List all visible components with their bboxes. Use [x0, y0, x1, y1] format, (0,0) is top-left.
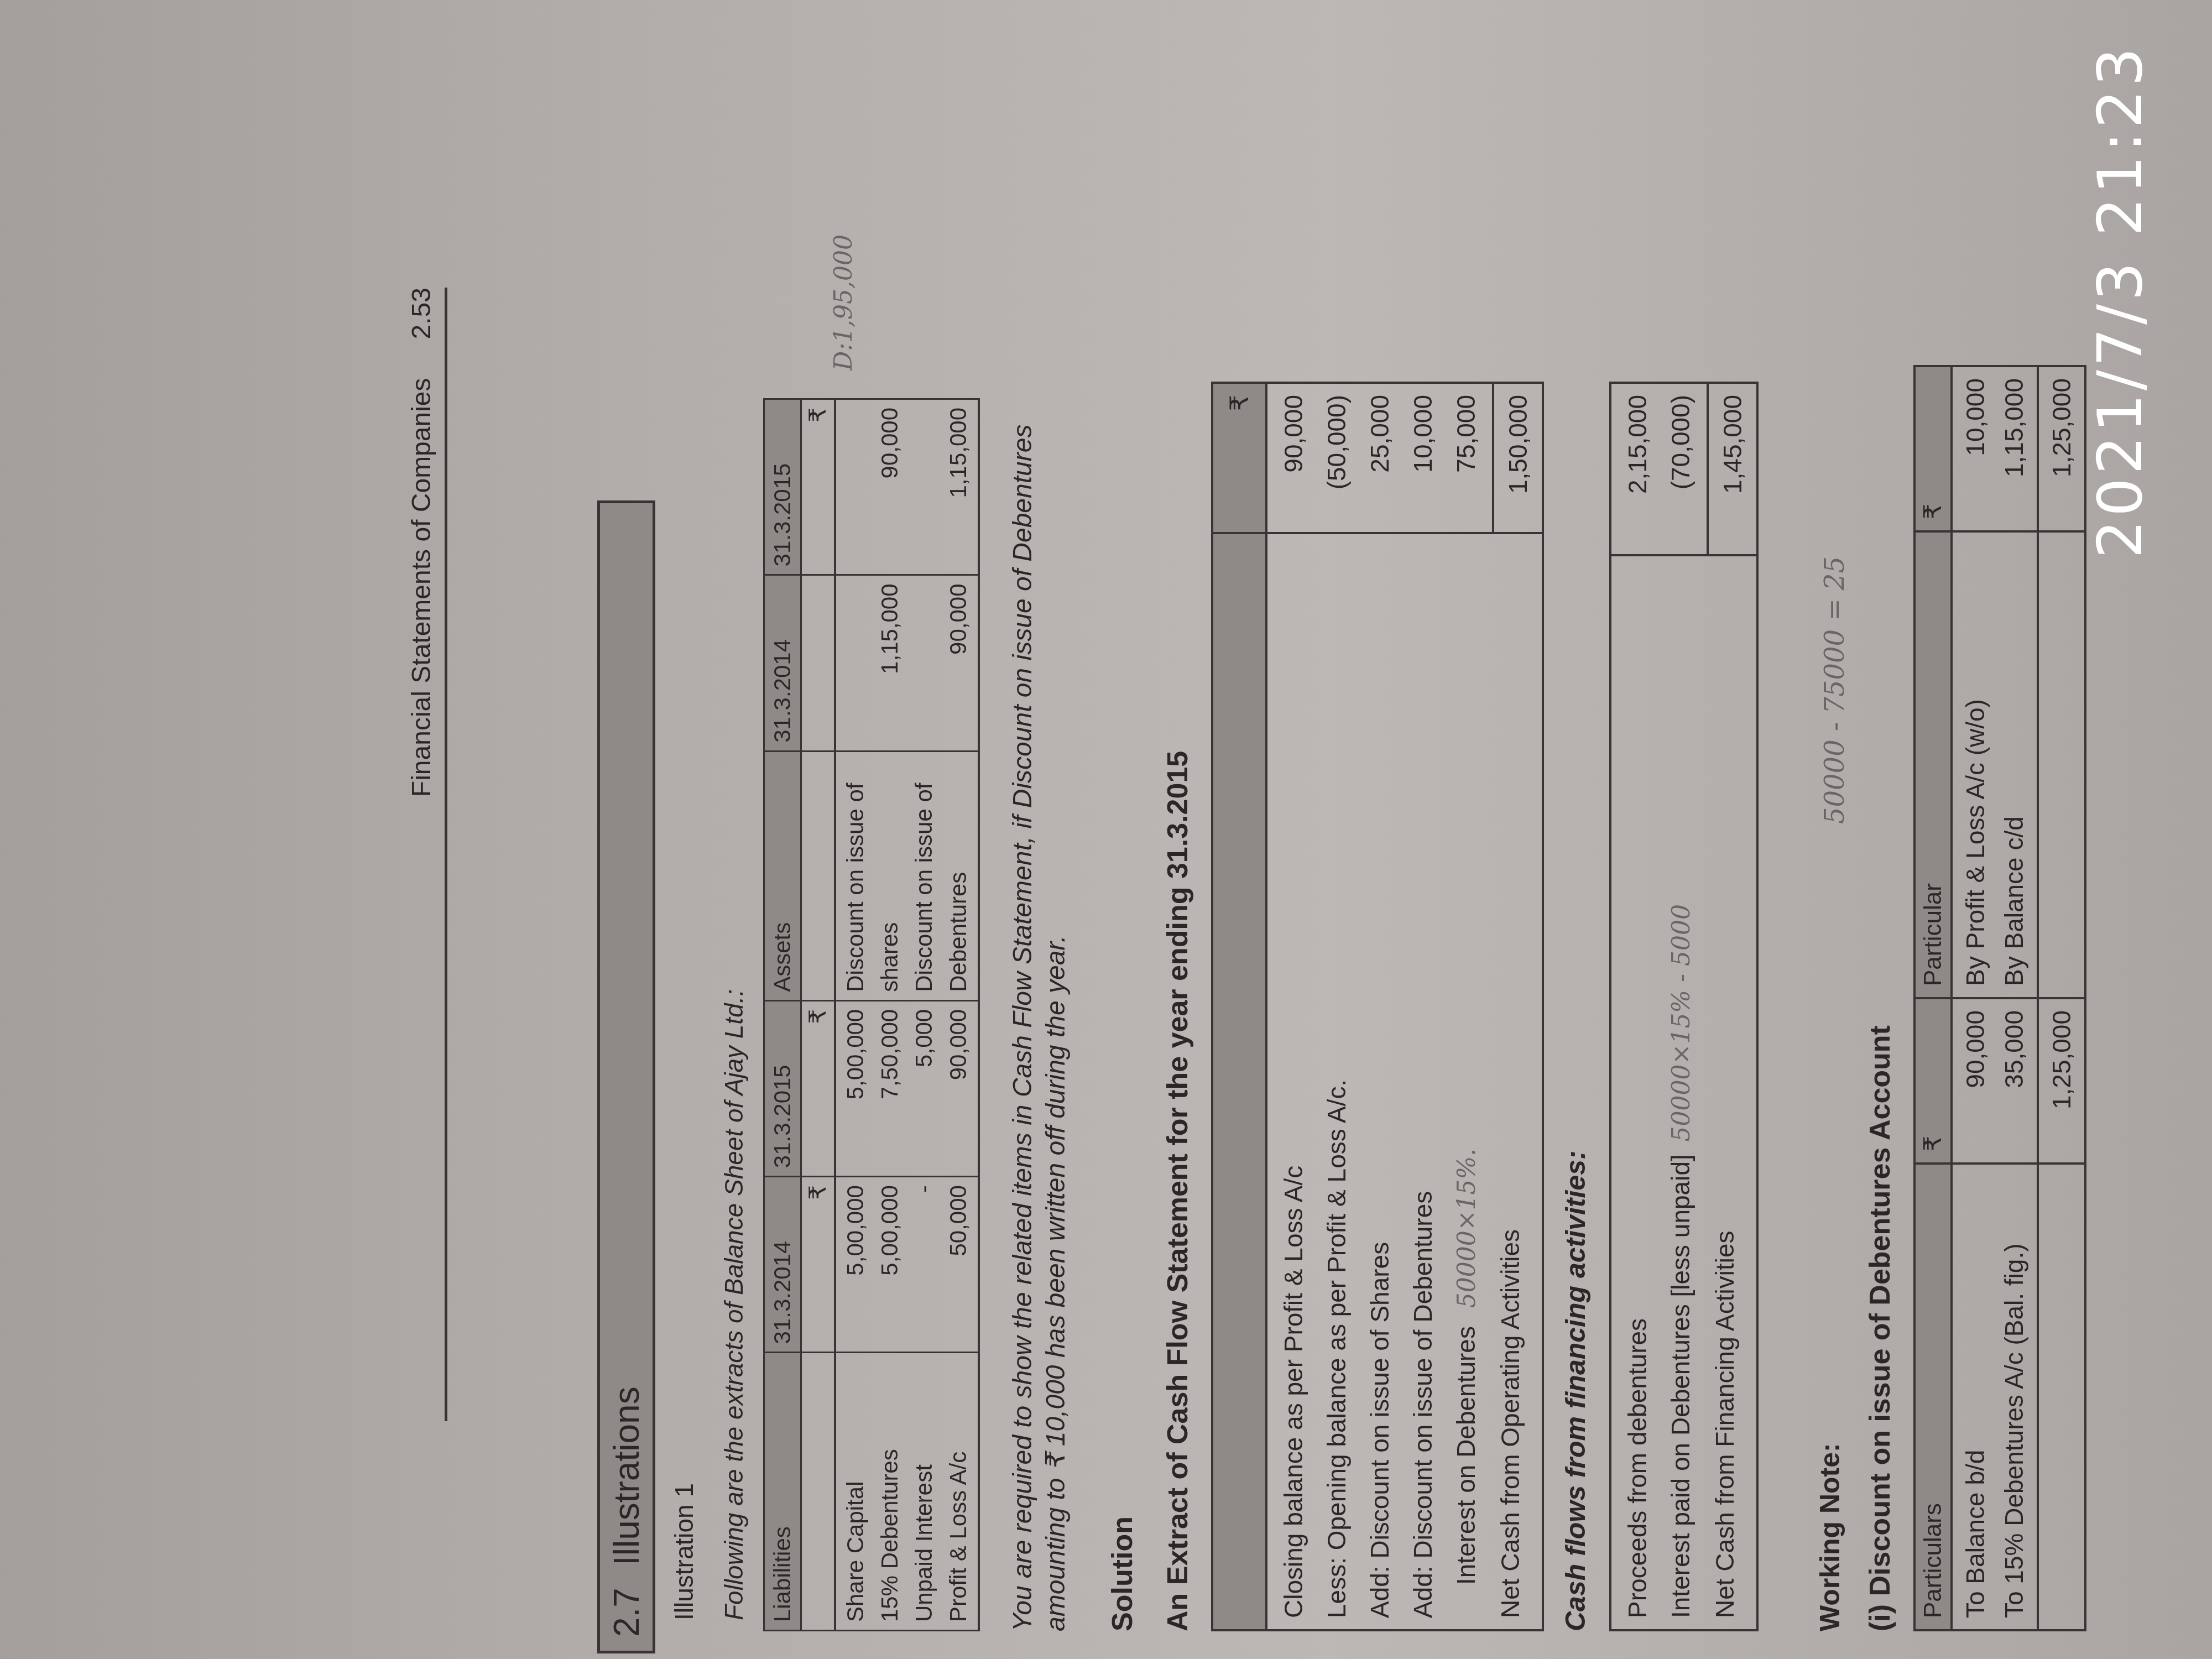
operating-amount: 75,000: [1444, 395, 1488, 521]
header-particular: Particular: [1914, 531, 1952, 998]
financing-body: Proceeds from debentures Interest paid o…: [1610, 383, 1757, 1630]
section-number: 2.7: [606, 1588, 647, 1637]
interest-label: Interest on Debentures: [1452, 1326, 1480, 1585]
solution-label: Solution: [1106, 1516, 1139, 1631]
liabilities-labels: Share Capital 15% Debentures Unpaid Inte…: [835, 1353, 979, 1631]
operating-amount: (50,000): [1315, 395, 1358, 521]
account-totals: 1,25,000 1,25,000: [2038, 366, 2085, 1630]
liabilities-2015: 5,00,000 7,50,000 5,000 90,000: [835, 1000, 979, 1176]
financing-total-label: Net Cash from Financing Activities: [1703, 567, 1746, 1618]
currency-symbol: ₹: [801, 399, 836, 575]
handwritten-note-interest-paid: 50000×15% - 5000: [1667, 904, 1695, 1141]
credit-amounts: 10,000 1,15,000: [1952, 366, 2038, 531]
account-body: To Balance b/d To 15% Debentures A/c (Ba…: [1952, 366, 2038, 1630]
credit-label: By Balance c/d: [1995, 544, 2033, 986]
cash-flow-operating-table: ₹ Closing balance as per Profit & Loss A…: [1211, 382, 1544, 1631]
header-2015: 31.3.2015: [764, 1000, 801, 1176]
debit-labels: To Balance b/d To 15% Debentures A/c (Ba…: [1952, 1164, 2038, 1630]
question-text: You are required to show the related ite…: [1006, 382, 1073, 1631]
credit-labels: By Profit & Loss A/c (w/o) By Balance c/…: [1952, 531, 2038, 998]
liability-value: 90,000: [941, 1009, 975, 1168]
operating-total-label: Net Cash from Operating Activities: [1489, 678, 1532, 1618]
financing-title: Cash flows from financing activities:: [1559, 1150, 1592, 1631]
debit-label: To Balance b/d: [1956, 1176, 1995, 1618]
balance-sheet-table: Liabilities 31.3.2014 31.3.2015 Assets 3…: [763, 398, 980, 1631]
currency-symbol: ₹: [801, 1000, 836, 1176]
illustration-title: Illustration 1: [669, 1483, 699, 1620]
credit-amount: 10,000: [1956, 378, 1995, 519]
operating-amount: 90,000: [1272, 395, 1315, 521]
operating-row-label: Add: Discount on issue of Shares: [1358, 678, 1401, 1618]
camera-timestamp: 2021/7/3 21:23: [2085, 44, 2156, 559]
section-title: Illustrations: [606, 1386, 647, 1566]
operating-row-label: Interest on Debentures 50000×15%.: [1444, 678, 1489, 1618]
liability-label: 15% Debentures: [873, 1361, 907, 1622]
asset-value: 1,15,000: [873, 583, 907, 742]
cash-flow-header: ₹: [1212, 383, 1266, 1630]
cash-flow-financing-table: Proceeds from debentures Interest paid o…: [1609, 382, 1759, 1631]
liability-value: 5,000: [907, 1009, 941, 1168]
operating-amount: 10,000: [1401, 395, 1444, 521]
liability-label: Share Capital: [838, 1361, 873, 1622]
discount-account-table: Particulars ₹ Particular ₹ To Balance b/…: [1913, 365, 2086, 1631]
operating-amount: 25,000: [1358, 395, 1401, 521]
operating-row-label: Closing balance as per Profit & Loss A/c: [1272, 678, 1315, 1618]
liabilities-2014: 5,00,000 5,00,000 - 50,000: [835, 1177, 979, 1353]
header-particulars: Particulars: [1914, 1164, 1952, 1630]
asset-label: Discount on issue of shares: [838, 760, 907, 992]
account-header: Particulars ₹ Particular ₹: [1914, 366, 1952, 1630]
working-note-title: Working Note:: [1814, 1443, 1846, 1631]
section-heading: 2.7 Illustrations: [597, 500, 655, 1653]
operating-row-label: Add: Discount on issue of Debentures: [1401, 678, 1444, 1618]
assets-2014: 1,15,000 90,000: [835, 575, 979, 751]
textbook-page: Financial Statements of Companies 2.53 2…: [166, 50, 2101, 1653]
handwritten-note-top: 50000 - 75000 = 25: [1819, 556, 1850, 824]
balance-sheet-body: Share Capital 15% Debentures Unpaid Inte…: [835, 399, 979, 1631]
header-2015: 31.3.2015: [764, 399, 801, 575]
liability-value: 5,00,000: [873, 1185, 907, 1344]
currency-symbol: ₹: [1212, 383, 1266, 533]
running-head-title: Financial Statements of Companies: [406, 378, 437, 797]
liability-value: 5,00,000: [838, 1009, 873, 1168]
financing-labels: Proceeds from debentures Interest paid o…: [1610, 555, 1757, 1630]
assets-labels: Discount on issue of shares Discount on …: [835, 751, 979, 1000]
debit-label: To 15% Debentures A/c (Bal. fig.): [1995, 1176, 2033, 1618]
operating-body: Closing balance as per Profit & Loss A/c…: [1266, 383, 1543, 1630]
financing-amounts: 2,15,000 (70,000) 1,45,000: [1610, 383, 1757, 555]
financing-amount: 2,15,000: [1616, 395, 1659, 543]
operating-row-label: Less: Opening balance as per Profit & Lo…: [1315, 678, 1358, 1618]
financing-row-label: Interest paid on Debentures [less unpaid…: [1659, 567, 1703, 1618]
liability-value: 7,50,000: [873, 1009, 907, 1168]
illustration-intro: Following are the extracts of Balance Sh…: [719, 989, 749, 1620]
assets-2015: 90,000 1,15,000: [835, 399, 979, 575]
asset-value: 90,000: [941, 583, 975, 742]
working-note-subtitle: (i) Discount on issue of Debentures Acco…: [1864, 1025, 1897, 1631]
financing-total-amount: 1,45,000: [1707, 384, 1756, 554]
header-amount: ₹: [1914, 998, 1952, 1164]
cash-flow-title: An Extract of Cash Flow Statement for th…: [1161, 751, 1194, 1631]
currency-symbol: ₹: [801, 1177, 836, 1353]
header-2014: 31.3.2014: [764, 575, 801, 751]
page-number: 2.53: [406, 288, 437, 339]
credit-label: By Profit & Loss A/c (w/o): [1956, 544, 1995, 986]
asset-value: 1,15,000: [941, 408, 975, 566]
debit-amount: 35,000: [1995, 1010, 2033, 1151]
debit-amount: 90,000: [1956, 1010, 1995, 1151]
credit-amount: 1,15,000: [1995, 378, 2033, 519]
financing-row-label: Proceeds from debentures: [1616, 567, 1659, 1618]
handwritten-note-interest: 50000×15%.: [1453, 1149, 1481, 1308]
operating-amounts: 90,000 (50,000) 25,000 10,000 75,000 1,5…: [1266, 383, 1543, 533]
header-liabilities: Liabilities: [764, 1353, 801, 1631]
liability-value: 50,000: [941, 1185, 975, 1344]
debit-total: 1,25,000: [2038, 998, 2085, 1164]
balance-sheet-header: Liabilities 31.3.2014 31.3.2015 Assets 3…: [764, 399, 801, 1631]
header-amount: ₹: [1914, 366, 1952, 531]
financing-amount: (70,000): [1659, 395, 1702, 543]
currency-row: ₹ ₹ ₹: [801, 399, 836, 1631]
liability-value: 5,00,000: [838, 1185, 873, 1344]
running-head: Financial Statements of Companies 2.53: [398, 288, 447, 1421]
operating-total-amount: 1,50,000: [1492, 384, 1542, 532]
debit-amounts: 90,000 35,000: [1952, 998, 2038, 1164]
liability-label: Unpaid Interest: [907, 1361, 941, 1622]
interest-paid-label: Interest paid on Debentures [less unpaid…: [1666, 1154, 1695, 1618]
header-assets: Assets: [764, 751, 801, 1000]
asset-label: Discount on issue of Debentures: [907, 760, 975, 992]
header-2014: 31.3.2014: [764, 1177, 801, 1353]
liability-label: Profit & Loss A/c: [941, 1361, 975, 1622]
handwritten-note-balance: D:1,95,000: [830, 234, 858, 371]
credit-total: 1,25,000: [2038, 366, 2085, 531]
operating-labels: Closing balance as per Profit & Loss A/c…: [1266, 667, 1543, 1630]
liability-value: -: [907, 1185, 941, 1344]
asset-value: 90,000: [873, 408, 907, 566]
